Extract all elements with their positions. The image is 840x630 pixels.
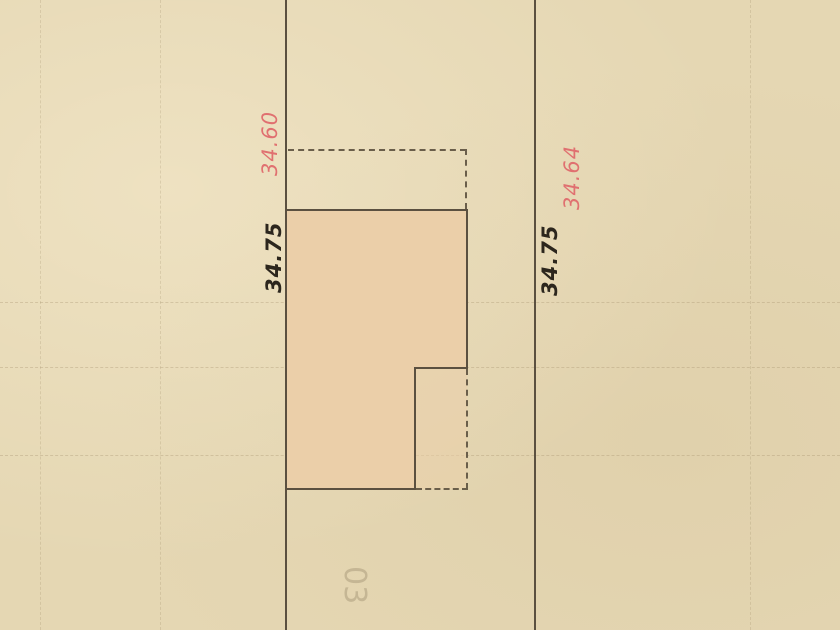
lot-boundary-right [534, 0, 536, 630]
ghost-grid-line [160, 0, 161, 630]
ghost-grid-line [750, 0, 751, 630]
dashed-extension-right [465, 149, 467, 209]
dashed-annex-right [466, 369, 468, 489]
dashed-extension-top [288, 149, 466, 151]
building-outline-inner [414, 367, 416, 490]
dashed-annex-bottom [416, 488, 468, 490]
annex-footprint [415, 368, 467, 489]
building-footprint-lower [287, 368, 415, 489]
site-plan-sheet: 34.75 34.60 34.75 34.64 03 [0, 0, 840, 630]
building-outline-step [414, 367, 468, 369]
ghost-grid-line [40, 0, 41, 630]
building-outline-top [287, 209, 468, 211]
elevation-right-black: 34.75 [538, 225, 562, 296]
building-outline-bottom [287, 488, 416, 490]
building-footprint-upper [287, 211, 466, 368]
elevation-left-black: 34.75 [262, 222, 286, 293]
ghost-text: 03 [337, 566, 372, 604]
building-outline-right [466, 209, 468, 369]
elevation-left-red: 34.60 [258, 111, 282, 176]
elevation-right-red: 34.64 [560, 145, 584, 210]
